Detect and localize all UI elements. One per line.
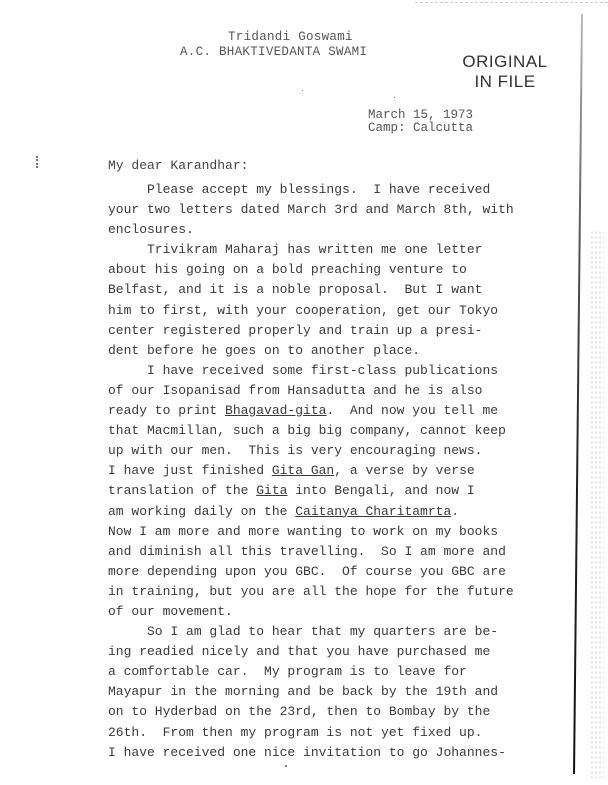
body-text-segment: about his going on a bold preaching vent… (108, 262, 467, 277)
body-line: a comfortable car. My program is to leav… (108, 662, 528, 682)
body-text-segment: translation of the (108, 483, 256, 498)
body-text-segment: into Bengali, and now I (287, 483, 474, 498)
letterhead-title: Tridandi Goswami (228, 30, 353, 45)
body-text-segment: Please accept my blessings. I have recei… (108, 182, 490, 197)
body-text-segment: So I am glad to hear that my quarters ar… (108, 624, 498, 639)
body-text-segment: , a verse by verse (334, 463, 474, 478)
page-edge-noise (590, 230, 604, 780)
underlined-title: Caitanya Charitamrta (295, 504, 451, 519)
body-text-segment: Now I am more and more wanting to work o… (108, 524, 498, 539)
margin-punch-mark (36, 156, 40, 168)
body-text-segment: and diminish all this travelling. So I a… (108, 544, 506, 559)
body-line: Trivikram Maharaj has written me one let… (108, 240, 528, 260)
body-line: up with our men. This is very encouragin… (108, 441, 528, 461)
body-text-segment: ready to print (108, 403, 225, 418)
body-line: Mayapur in the morning and be back by th… (108, 682, 528, 702)
body-line: Belfast, and it is a noble proposal. But… (108, 280, 528, 300)
body-line: of our Isopanisad from Hansadutta and he… (108, 381, 528, 401)
body-text-segment: . (451, 504, 459, 519)
body-text-segment: more depending upon you GBC. Of course y… (108, 564, 506, 579)
body-text-segment: ing readied nicely and that you have pur… (108, 644, 490, 659)
body-line: Now I am more and more wanting to work o… (108, 522, 528, 542)
body-line: on to Hyderbad on the 23rd, then to Bomb… (108, 702, 528, 722)
body-text-segment: in training, but you are all the hope fo… (108, 584, 514, 599)
letter-body: Please accept my blessings. I have recei… (108, 180, 528, 763)
body-text-segment: am working daily on the (108, 504, 295, 519)
body-line: am working daily on the Caitanya Charita… (108, 502, 528, 522)
body-line: your two letters dated March 3rd and Mar… (108, 200, 528, 220)
letter-page: Tridandi Goswami A.C. BHAKTIVEDANTA SWAM… (0, 0, 608, 785)
underlined-title: Gita (256, 483, 287, 498)
scan-speck (302, 90, 303, 91)
body-line: translation of the Gita into Bengali, an… (108, 481, 528, 501)
scan-speck (285, 765, 287, 767)
body-text-segment: center registered properly and train up … (108, 323, 482, 338)
letter-location: Camp: Calcutta (368, 122, 473, 135)
body-line: and diminish all this travelling. So I a… (108, 542, 528, 562)
body-text-segment: him to first, with your cooperation, get… (108, 303, 498, 318)
body-text-segment: . And now you tell me (326, 403, 498, 418)
underlined-title: Gita Gan (272, 463, 334, 478)
body-line: So I am glad to hear that my quarters ar… (108, 622, 528, 642)
body-text-segment: I have received some first-class publica… (108, 363, 498, 378)
stamp-line-2: IN FILE (455, 72, 555, 92)
body-text-segment: Mayapur in the morning and be back by th… (108, 684, 498, 699)
underlined-title: Bhagavad-gita (225, 403, 326, 418)
body-line: enclosures. (108, 220, 528, 240)
body-text-segment: I have received one nice invitation to g… (108, 745, 506, 760)
body-text-segment: enclosures. (108, 222, 194, 237)
body-text-segment: on to Hyderbad on the 23rd, then to Bomb… (108, 704, 490, 719)
body-line: center registered properly and train up … (108, 321, 528, 341)
salutation: My dear Karandhar: (108, 158, 248, 173)
scan-speck (394, 97, 395, 98)
body-line: ing readied nicely and that you have pur… (108, 642, 528, 662)
body-line: in training, but you are all the hope fo… (108, 582, 528, 602)
body-line: ready to print Bhagavad-gita. And now yo… (108, 401, 528, 421)
body-line: I have received some first-class publica… (108, 361, 528, 381)
body-line: that Macmillan, such a big big company, … (108, 421, 528, 441)
body-text-segment: dent before he goes on to another place. (108, 343, 420, 358)
body-text-segment: Trivikram Maharaj has written me one let… (108, 242, 482, 257)
body-text-segment: of our Isopanisad from Hansadutta and he… (108, 383, 482, 398)
body-line: 26th. From then my program is not yet fi… (108, 723, 528, 743)
body-text-segment: 26th. From then my program is not yet fi… (108, 725, 482, 740)
body-line: more depending upon you GBC. Of course y… (108, 562, 528, 582)
body-line: I have received one nice invitation to g… (108, 743, 528, 763)
page-edge-shadow (573, 14, 583, 774)
body-line: of our movement. (108, 602, 528, 622)
original-in-file-stamp: ORIGINAL IN FILE (455, 52, 555, 92)
body-text-segment: your two letters dated March 3rd and Mar… (108, 202, 514, 217)
body-text-segment: a comfortable car. My program is to leav… (108, 664, 467, 679)
body-line: about his going on a bold preaching vent… (108, 260, 528, 280)
scan-edge-dashes (415, 2, 608, 4)
body-line: him to first, with your cooperation, get… (108, 301, 528, 321)
body-text-segment: up with our men. This is very encouragin… (108, 443, 482, 458)
letterhead-name: A.C. BHAKTIVEDANTA SWAMI (180, 45, 367, 60)
body-line: I have just finished Gita Gan, a verse b… (108, 461, 528, 481)
body-text-segment: that Macmillan, such a big big company, … (108, 423, 506, 438)
body-line: dent before he goes on to another place. (108, 341, 528, 361)
body-text-segment: I have just finished (108, 463, 272, 478)
body-text-segment: Belfast, and it is a noble proposal. But… (108, 282, 482, 297)
body-line: Please accept my blessings. I have recei… (108, 180, 528, 200)
stamp-line-1: ORIGINAL (455, 52, 555, 72)
date-block: March 15, 1973 Camp: Calcutta (368, 109, 473, 135)
body-text-segment: of our movement. (108, 604, 233, 619)
